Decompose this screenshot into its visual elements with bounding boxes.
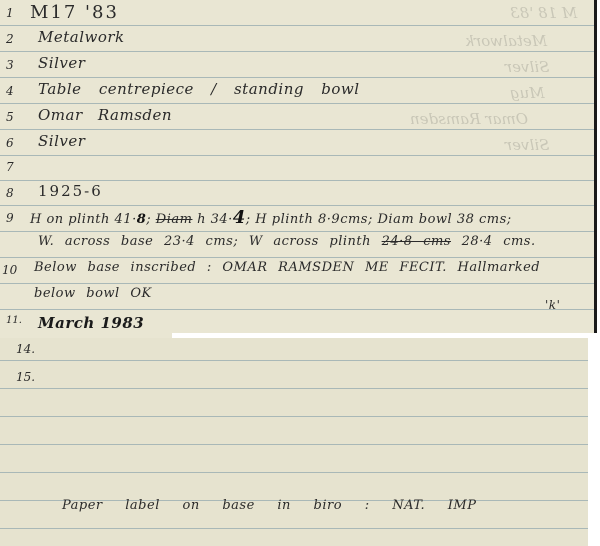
ruled-line — [0, 77, 594, 78]
material-field-2: Silver — [38, 132, 85, 150]
line-number: 3 — [6, 58, 14, 72]
object-name-field: Table centrepiece / standing bowl — [38, 80, 360, 98]
show-through-text: Silver — [505, 58, 549, 76]
ruled-line — [0, 360, 588, 361]
dimension-text: ; — [146, 212, 156, 227]
show-through-text: Mug — [510, 84, 545, 102]
dimension-text: H on plinth 41· — [30, 212, 137, 227]
accession-number: M17 '83 — [30, 2, 119, 23]
ruled-line — [0, 25, 594, 26]
hallmark-line: below bowl OK — [34, 286, 152, 301]
dimension-text: ; H plinth 8·9cms; Diam bowl 38 cms; — [246, 212, 512, 227]
ruled-line — [0, 155, 594, 156]
ruled-line — [0, 51, 594, 52]
ruled-line — [0, 416, 588, 417]
ruled-line — [0, 129, 594, 130]
dimension-text: h 34· — [192, 212, 232, 227]
ruled-line — [0, 388, 588, 389]
line-number: 4 — [6, 84, 14, 98]
line-number: 5 — [6, 110, 14, 124]
struck-text: Diam — [156, 212, 193, 227]
line-number: 14. — [16, 342, 35, 356]
dimension-text: W. across base 23·4 cms; W across plinth — [38, 234, 382, 249]
ruled-line — [0, 205, 594, 206]
line-number: 15. — [16, 370, 35, 384]
catalogue-card-bottom: 14. 15. Paper label on base in biro : NA… — [0, 338, 588, 546]
dimensions-line-1: H on plinth 41·8; Diam h 34·4; H plinth … — [30, 207, 512, 228]
ruled-line — [0, 309, 594, 310]
ruled-line — [0, 528, 588, 529]
maker-field: Omar Ramsden — [38, 106, 172, 124]
line-number: 2 — [6, 32, 14, 46]
line-number: 10 — [2, 263, 17, 277]
line-number: 8 — [6, 186, 14, 200]
correction-digit: 8 — [137, 212, 147, 227]
struck-text: 24·8 cms — [382, 234, 451, 249]
catalogue-card-top: M 18 '83 Metalwork Silver Mug Omar Ramsd… — [0, 0, 597, 338]
ruled-line — [0, 444, 588, 445]
line-number: 11. — [6, 315, 22, 326]
material-field: Silver — [38, 54, 85, 72]
show-through-text: Metalwork — [465, 32, 547, 50]
correction-digit: 4 — [233, 207, 246, 228]
inscription-line: Below base inscribed : OMAR RAMSDEN ME F… — [34, 260, 540, 275]
ruled-line — [0, 283, 594, 284]
ruled-line — [0, 180, 594, 181]
ruled-line — [0, 231, 594, 232]
hallmark-annotation: 'k' — [545, 298, 560, 312]
paper-label-note: Paper label on base in biro : NAT. IMP — [62, 498, 477, 513]
show-through-text: M 18 '83 — [510, 4, 577, 22]
show-through-text: Omar Ramsden — [410, 110, 528, 128]
line-number: 7 — [6, 160, 14, 174]
show-through-text: Silver — [505, 136, 549, 154]
line-number: 6 — [6, 136, 14, 150]
ruled-line — [0, 257, 594, 258]
department-field: Metalwork — [38, 28, 125, 46]
date-field: 1925-6 — [38, 182, 103, 200]
dimensions-line-2: W. across base 23·4 cms; W across plinth… — [38, 234, 536, 249]
dimension-text: 28·4 cms. — [451, 234, 536, 249]
record-date: March 1983 — [38, 314, 144, 332]
ruled-line — [0, 472, 588, 473]
line-number: 1 — [6, 6, 14, 20]
ruled-line — [0, 103, 594, 104]
line-number: 9 — [6, 211, 14, 225]
